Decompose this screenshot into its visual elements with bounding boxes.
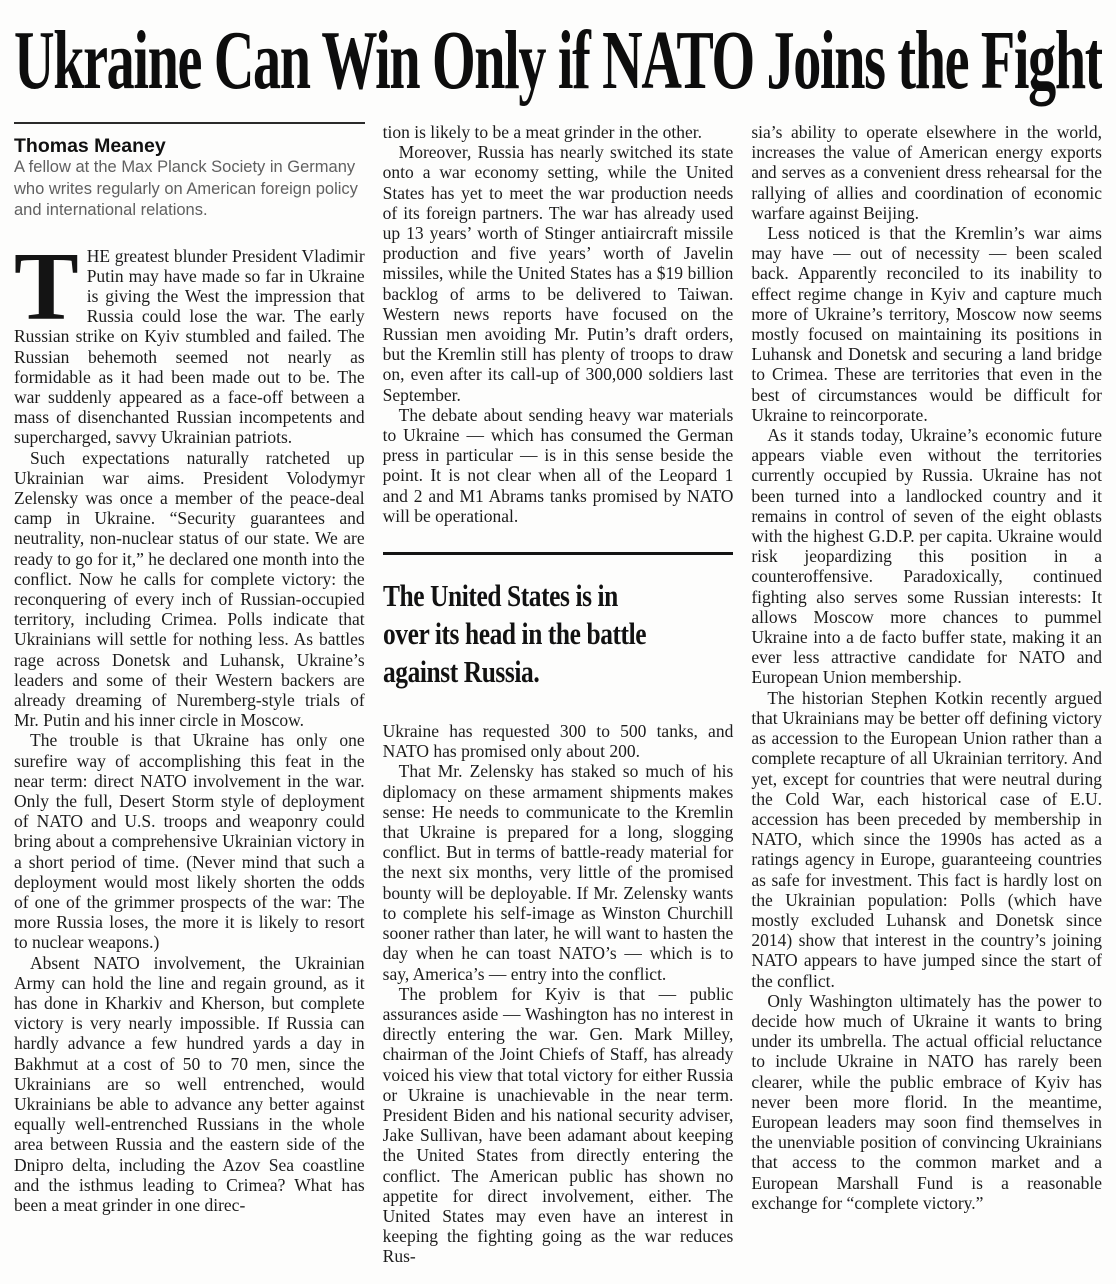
paragraph: tion is likely to be a meat grinder in t… xyxy=(383,122,734,142)
paragraph: The historian Stephen Kotkin recently ar… xyxy=(751,688,1102,991)
column-3: sia’s ability to operate elsewhere in th… xyxy=(751,122,1102,1213)
paragraph: Absent NATO involvement, the Ukrainian A… xyxy=(14,953,365,1216)
author-name: Thomas Meaney xyxy=(14,135,365,157)
drop-cap: T xyxy=(14,246,87,324)
newspaper-page: Ukraine Can Win Only if NATO Joins the F… xyxy=(0,0,1116,1284)
paragraph: Such expectations naturally ratcheted up… xyxy=(14,448,365,731)
paragraph: That Mr. Zelensky has staked so much of … xyxy=(383,761,734,983)
paragraph: Only Washington ultimately has the power… xyxy=(751,991,1102,1213)
paragraph: THE greatest blunder President Vladimir … xyxy=(14,246,365,448)
paragraph: The debate about sending heavy war mater… xyxy=(383,405,734,526)
paragraph: Moreover, Russia has nearly switched its… xyxy=(383,142,734,405)
paragraph: sia’s ability to operate elsewhere in th… xyxy=(751,122,1102,223)
paragraph: As it stands today, Ukraine’s economic f… xyxy=(751,425,1102,688)
headline: Ukraine Can Win Only if NATO Joins the F… xyxy=(14,12,1102,108)
pull-quote-line: The United States is in xyxy=(383,577,671,615)
paragraph: Less noticed is that the Kremlin’s war a… xyxy=(751,223,1102,425)
paragraph: The trouble is that Ukraine has only one… xyxy=(14,730,365,952)
byline-block: Thomas Meaney A fellow at the Max Planck… xyxy=(14,122,365,222)
paragraph: Ukraine has requested 300 to 500 tanks, … xyxy=(383,721,734,761)
pull-quote: The United States is in over its head in… xyxy=(383,552,734,691)
paragraph: The problem for Kyiv is that — public as… xyxy=(383,984,734,1267)
headline-text: Ukraine Can Win Only if NATO Joins the F… xyxy=(14,12,1102,108)
column-1: Thomas Meaney A fellow at the Max Planck… xyxy=(14,122,365,1215)
article-columns: Thomas Meaney A fellow at the Max Planck… xyxy=(14,122,1102,1267)
pull-quote-line: over its head in the battle xyxy=(383,615,671,653)
column-2: tion is likely to be a meat grinder in t… xyxy=(383,122,734,1267)
pull-quote-line: against Russia. xyxy=(383,653,671,691)
author-bio: A fellow at the Max Planck Society in Ge… xyxy=(14,157,365,222)
